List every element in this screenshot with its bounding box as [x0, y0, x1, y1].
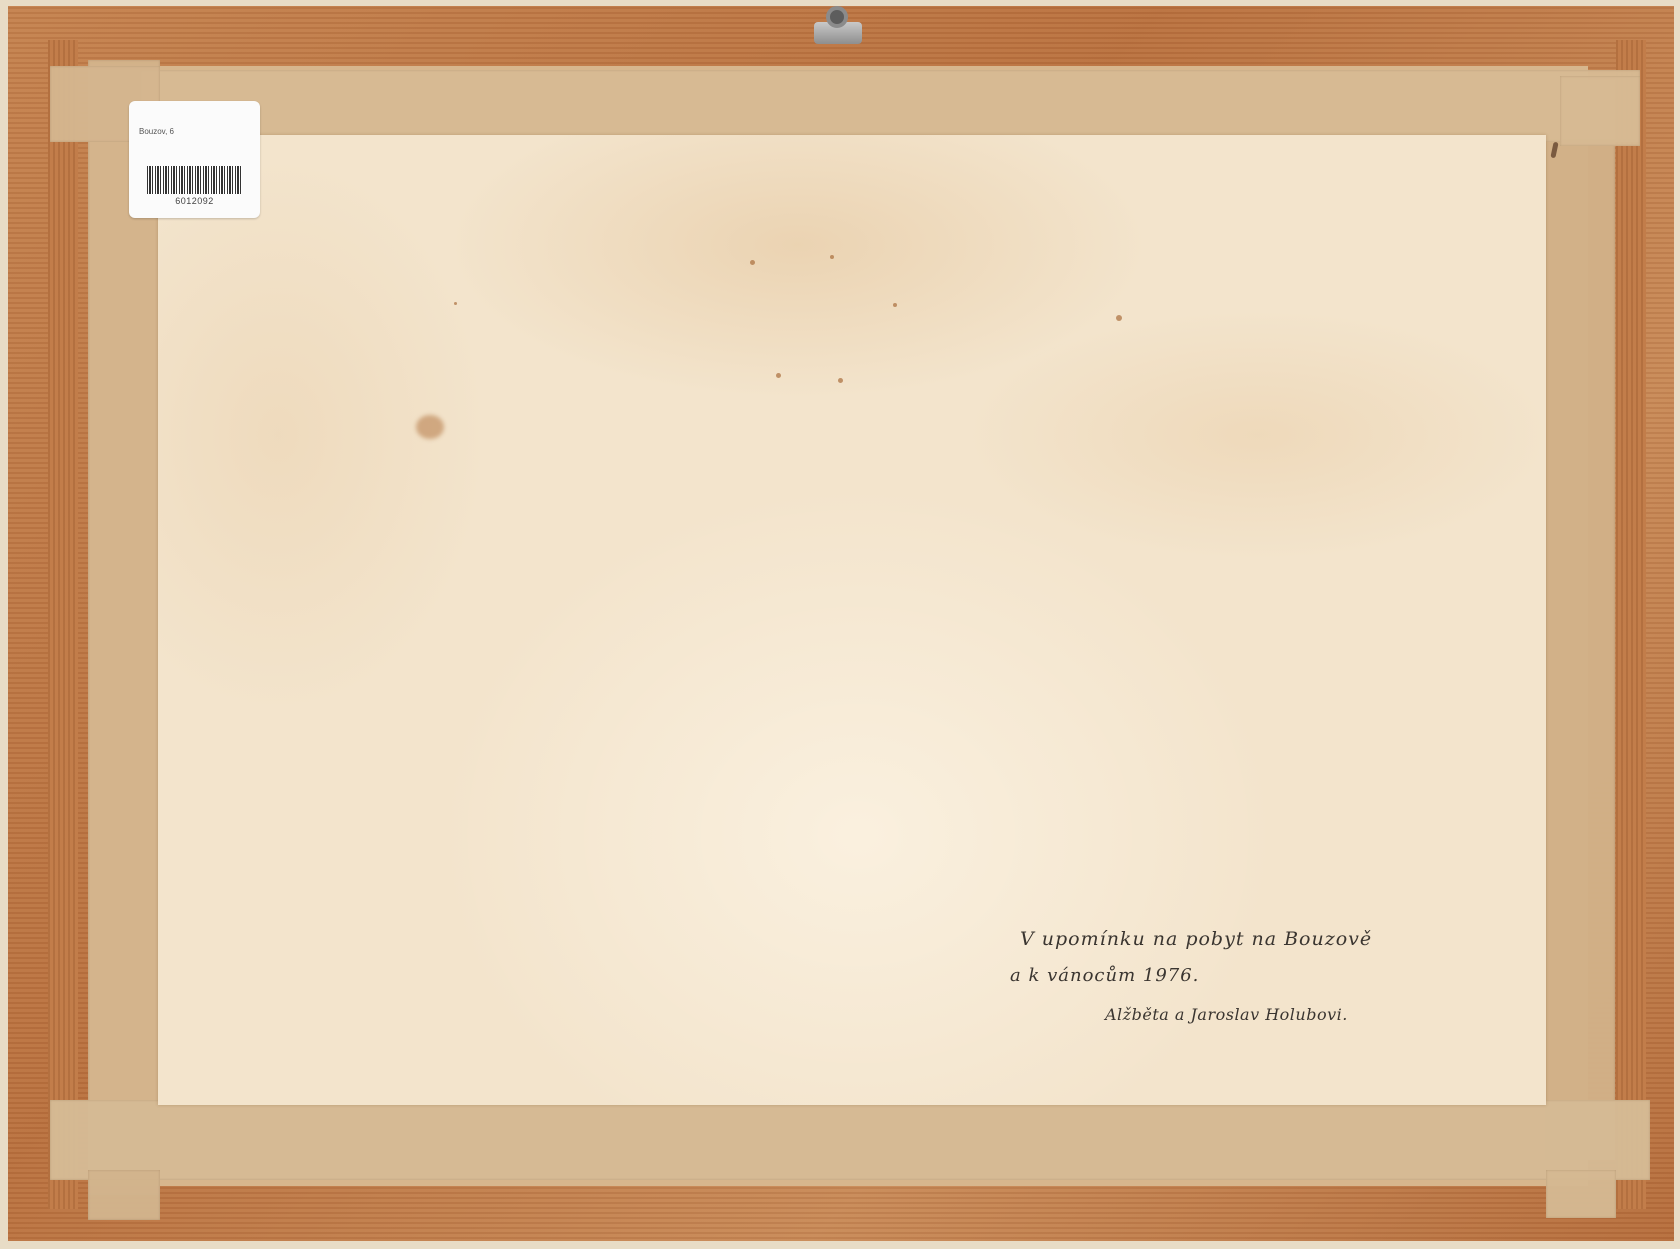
foxing-spot: [838, 378, 843, 383]
frame-edge-bottom: [0, 1241, 1680, 1249]
tape-strip-left: [88, 60, 160, 1195]
tape-strip-top: [140, 70, 1640, 142]
artwork-paper-back: [158, 135, 1546, 1105]
inscription-line-3: Alžběta a Jaroslav Holubovi.: [1105, 1005, 1348, 1024]
foxing-spot: [830, 255, 834, 259]
wall-hanger-icon: [814, 6, 862, 44]
frame-edge-left: [0, 0, 8, 1249]
tape-corner-bottom-right: [1546, 1170, 1616, 1218]
tape-corner-top-right: [1560, 76, 1640, 146]
foxing-stain: [416, 415, 444, 439]
frame-inner-left: [48, 40, 78, 1209]
foxing-spot: [750, 260, 755, 265]
foxing-spot: [454, 302, 457, 305]
foxing-spot: [893, 303, 897, 307]
tape-corner-bottom-left: [88, 1170, 160, 1220]
foxing-spot: [1116, 315, 1122, 321]
foxing-spot: [776, 373, 781, 378]
label-title: Bouzov, 6: [139, 127, 174, 136]
barcode-number: 6012092: [129, 196, 260, 206]
tape-strip-right: [1545, 80, 1615, 1160]
barcode-icon: [147, 166, 242, 194]
hanger-ring: [826, 6, 848, 28]
inventory-label: Bouzov, 6 6012092: [129, 101, 260, 218]
frame-inner-right: [1616, 40, 1646, 1209]
tape-strip-bottom: [50, 1100, 1650, 1180]
inscription-line-2: a k vánocům 1976.: [1010, 965, 1199, 986]
frame-edge-right: [1674, 0, 1680, 1249]
inscription-line-1: V upomínku na pobyt na Bouzově: [1020, 928, 1372, 950]
